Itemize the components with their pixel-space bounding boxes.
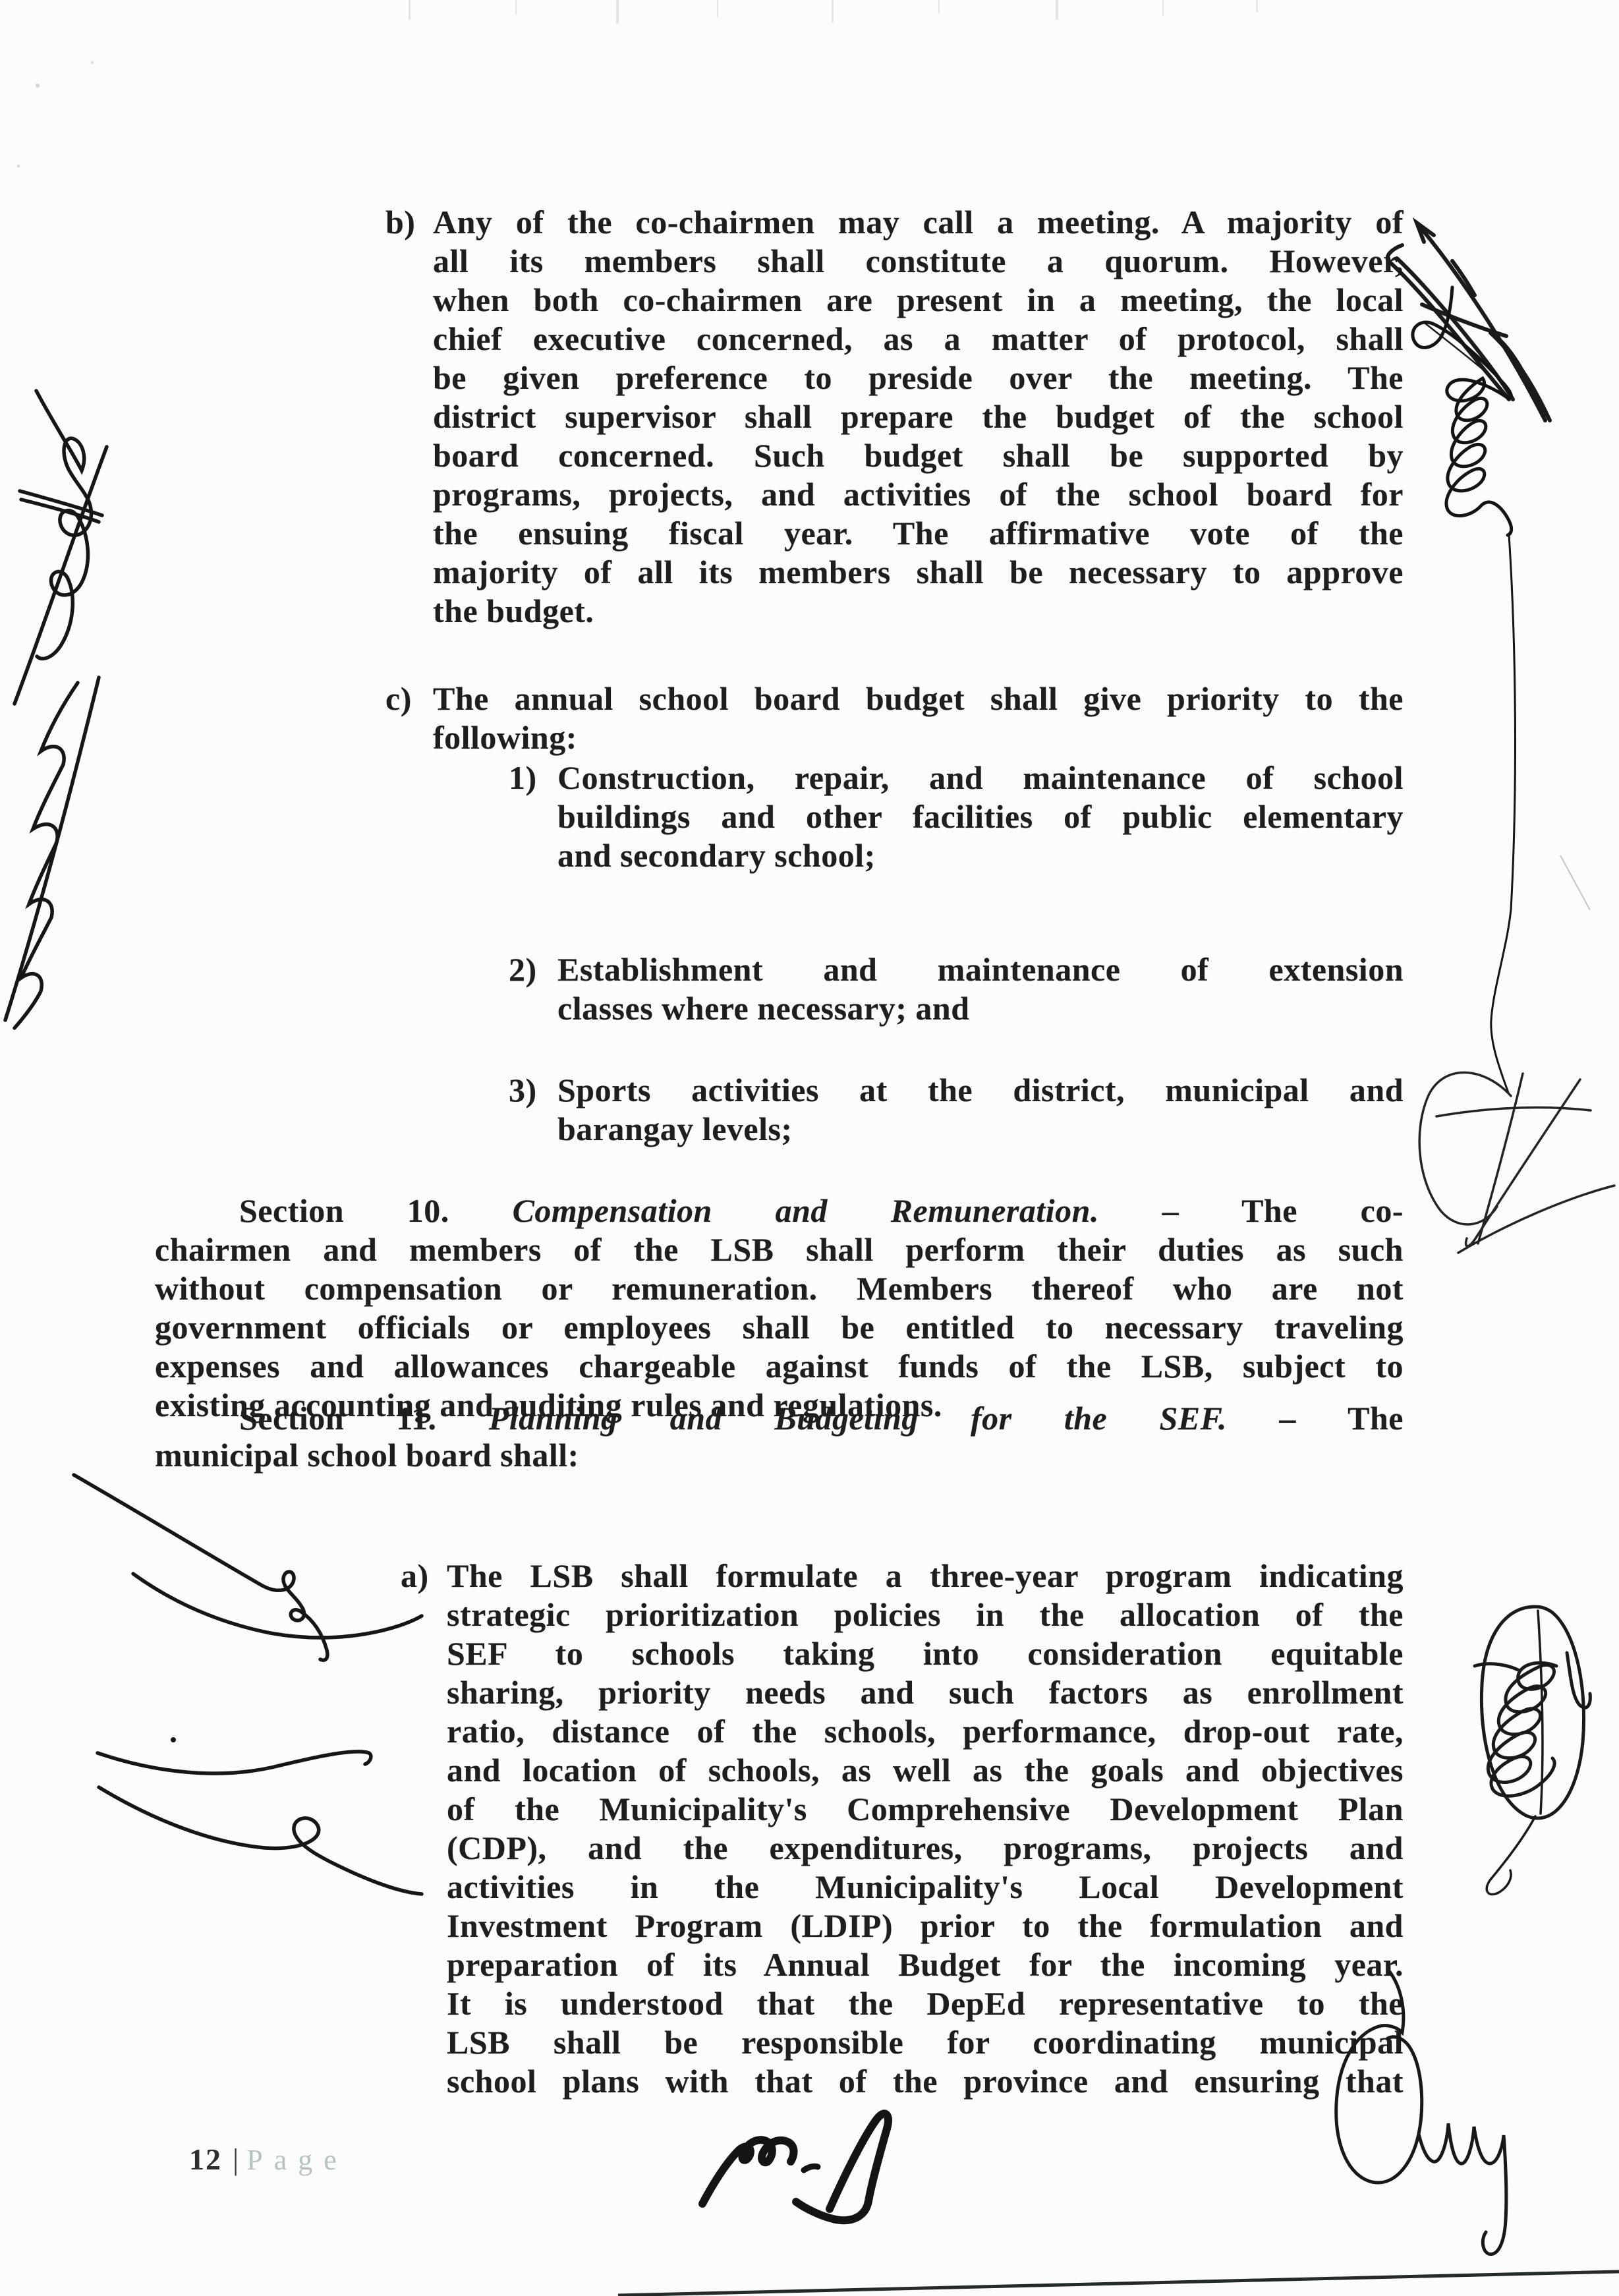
text-line: the ensuing fiscal year. The affirmative… (433, 514, 1404, 553)
text-line: following: (433, 718, 1404, 757)
text-line: programs, projects, and activities of th… (433, 475, 1404, 514)
section-10-paragraph: Section 10. Compensation and Remuneratio… (155, 1191, 1404, 1425)
sub-item-1-marker: 1) (509, 759, 537, 797)
paragraph-b-lines: Any of the co-chairmen may call a meetin… (433, 203, 1404, 631)
text-line: without compensation or remuneration. Me… (155, 1269, 1404, 1308)
page-number: 12 (189, 2142, 222, 2177)
handwritten-signature-left-margin (5, 391, 107, 1028)
sub-item-2: 2) Establishment and maintenance of exte… (509, 950, 1404, 1028)
sub-item-1-lines: Construction, repair, and maintenance of… (557, 759, 1404, 875)
text-line: of the Municipality's Comprehensive Deve… (447, 1790, 1404, 1829)
paragraph-c: c) The annual school board budget shall … (385, 679, 1404, 757)
text-line: classes where necessary; and (557, 989, 1404, 1028)
text-line: The annual school board budget shall giv… (433, 679, 1404, 718)
text-line: Any of the co-chairmen may call a meetin… (433, 203, 1404, 242)
text-line: barangay levels; (557, 1110, 1404, 1149)
text-line: SEF to schools taking into consideration… (447, 1634, 1404, 1673)
sub-item-1: 1) Construction, repair, and maintenance… (509, 759, 1404, 875)
scan-page-edge-bottom (618, 2272, 1619, 2295)
section-11-label: Section 11. (239, 1400, 437, 1437)
text-line: and location of schools, as well as the … (447, 1751, 1404, 1790)
text-line: board concerned. Such budget shall be su… (433, 436, 1404, 475)
text-line: LSB shall be responsible for coordinatin… (447, 2023, 1404, 2062)
text-line: chief executive concerned, as a matter o… (433, 320, 1404, 359)
handwritten-signature-left-lower (74, 1475, 422, 1894)
section-11-heading-line: Section 11. Planning and Budgeting for t… (155, 1400, 1404, 1437)
text-line: all its members shall constitute a quoru… (433, 242, 1404, 281)
paragraph-a: a) The LSB shall formulate a three-year … (401, 1557, 1404, 2101)
text-line: Investment Program (LDIP) prior to the f… (447, 1907, 1404, 1945)
section-10-label: Section 10. (239, 1192, 449, 1229)
text-line: Construction, repair, and maintenance of… (557, 759, 1404, 797)
section-11-lines: municipal school board shall: (155, 1437, 1404, 1474)
handwritten-star-flourish-right-margin (1419, 1072, 1614, 1253)
sub-item-3-lines: Sports activities at the district, munic… (557, 1071, 1404, 1149)
text-line: It is understood that the DepEd represen… (447, 1984, 1404, 2023)
text-line: strategic prioritization policies in the… (447, 1595, 1404, 1634)
paragraph-a-lines: The LSB shall formulate a three-year pro… (447, 1557, 1404, 2101)
section-10-heading-line: Section 10. Compensation and Remuneratio… (155, 1191, 1404, 1230)
sub-item-2-marker: 2) (509, 950, 537, 989)
footer-separator: | (233, 2142, 239, 2177)
text-line: municipal school board shall: (155, 1437, 1404, 1474)
text-line: Establishment and maintenance of extensi… (557, 950, 1404, 989)
text-line: activities in the Municipality's Local D… (447, 1868, 1404, 1907)
text-line: sharing, priority needs and such factors… (447, 1673, 1404, 1712)
text-line: The LSB shall formulate a three-year pro… (447, 1557, 1404, 1595)
sub-item-2-lines: Establishment and maintenance of extensi… (557, 950, 1404, 1028)
handwritten-signature-bottom-center (702, 2113, 888, 2220)
footer-page-label: Page (246, 2143, 348, 2177)
text-line: government officials or employees shall … (155, 1308, 1404, 1347)
text-line: chairmen and members of the LSB shall pe… (155, 1230, 1404, 1269)
handwritten-signature-right-margin (1413, 287, 1516, 1093)
section-10-lead: – The co- (1162, 1192, 1404, 1229)
section-11-title: Planning and Budgeting for the SEF. (489, 1400, 1227, 1437)
paragraph-b: b) Any of the co-chairmen may call a mee… (385, 203, 1404, 631)
sub-item-3: 3) Sports activities at the district, mu… (509, 1071, 1404, 1149)
text-line: buildings and other facilities of public… (557, 797, 1404, 836)
text-line: Sports activities at the district, munic… (557, 1071, 1404, 1110)
text-line: and secondary school; (557, 836, 1404, 875)
section-10-lines: chairmen and members of the LSB shall pe… (155, 1230, 1404, 1425)
handwritten-circled-signature-right (1475, 1607, 1590, 1895)
item-b-marker: b) (385, 203, 415, 242)
text-line: (CDP), and the expenditures, programs, p… (447, 1829, 1404, 1868)
item-c-marker: c) (385, 679, 412, 718)
section-11-paragraph: Section 11. Planning and Budgeting for t… (155, 1400, 1404, 1474)
faint-scratch-mark (1560, 855, 1590, 910)
scanned-document-page: b) Any of the co-chairmen may call a mee… (0, 0, 1619, 2296)
handwritten-initials-top-right (1388, 223, 1550, 420)
scan-noise-top (17, 0, 1258, 167)
item-a-marker: a) (401, 1557, 429, 1595)
text-line: when both co-chairmen are present in a m… (433, 281, 1404, 320)
text-line: preparation of its Annual Budget for the… (447, 1945, 1404, 1984)
page-footer: 12 | Page (189, 2142, 348, 2177)
text-line: school plans with that of the province a… (447, 2062, 1404, 2101)
section-11-lead: – The (1279, 1400, 1404, 1437)
text-line: be given preference to preside over the … (433, 359, 1404, 397)
sub-item-3-marker: 3) (509, 1071, 537, 1110)
text-line: majority of all its members shall be nec… (433, 553, 1404, 592)
text-line: the budget. (433, 592, 1404, 631)
text-line: district supervisor shall prepare the bu… (433, 397, 1404, 436)
text-line: ratio, distance of the schools, performa… (447, 1712, 1404, 1751)
text-line: expenses and allowances chargeable again… (155, 1347, 1404, 1386)
paragraph-c-lines: The annual school board budget shall giv… (433, 679, 1404, 757)
section-10-title: Compensation and Remuneration. (513, 1192, 1099, 1229)
